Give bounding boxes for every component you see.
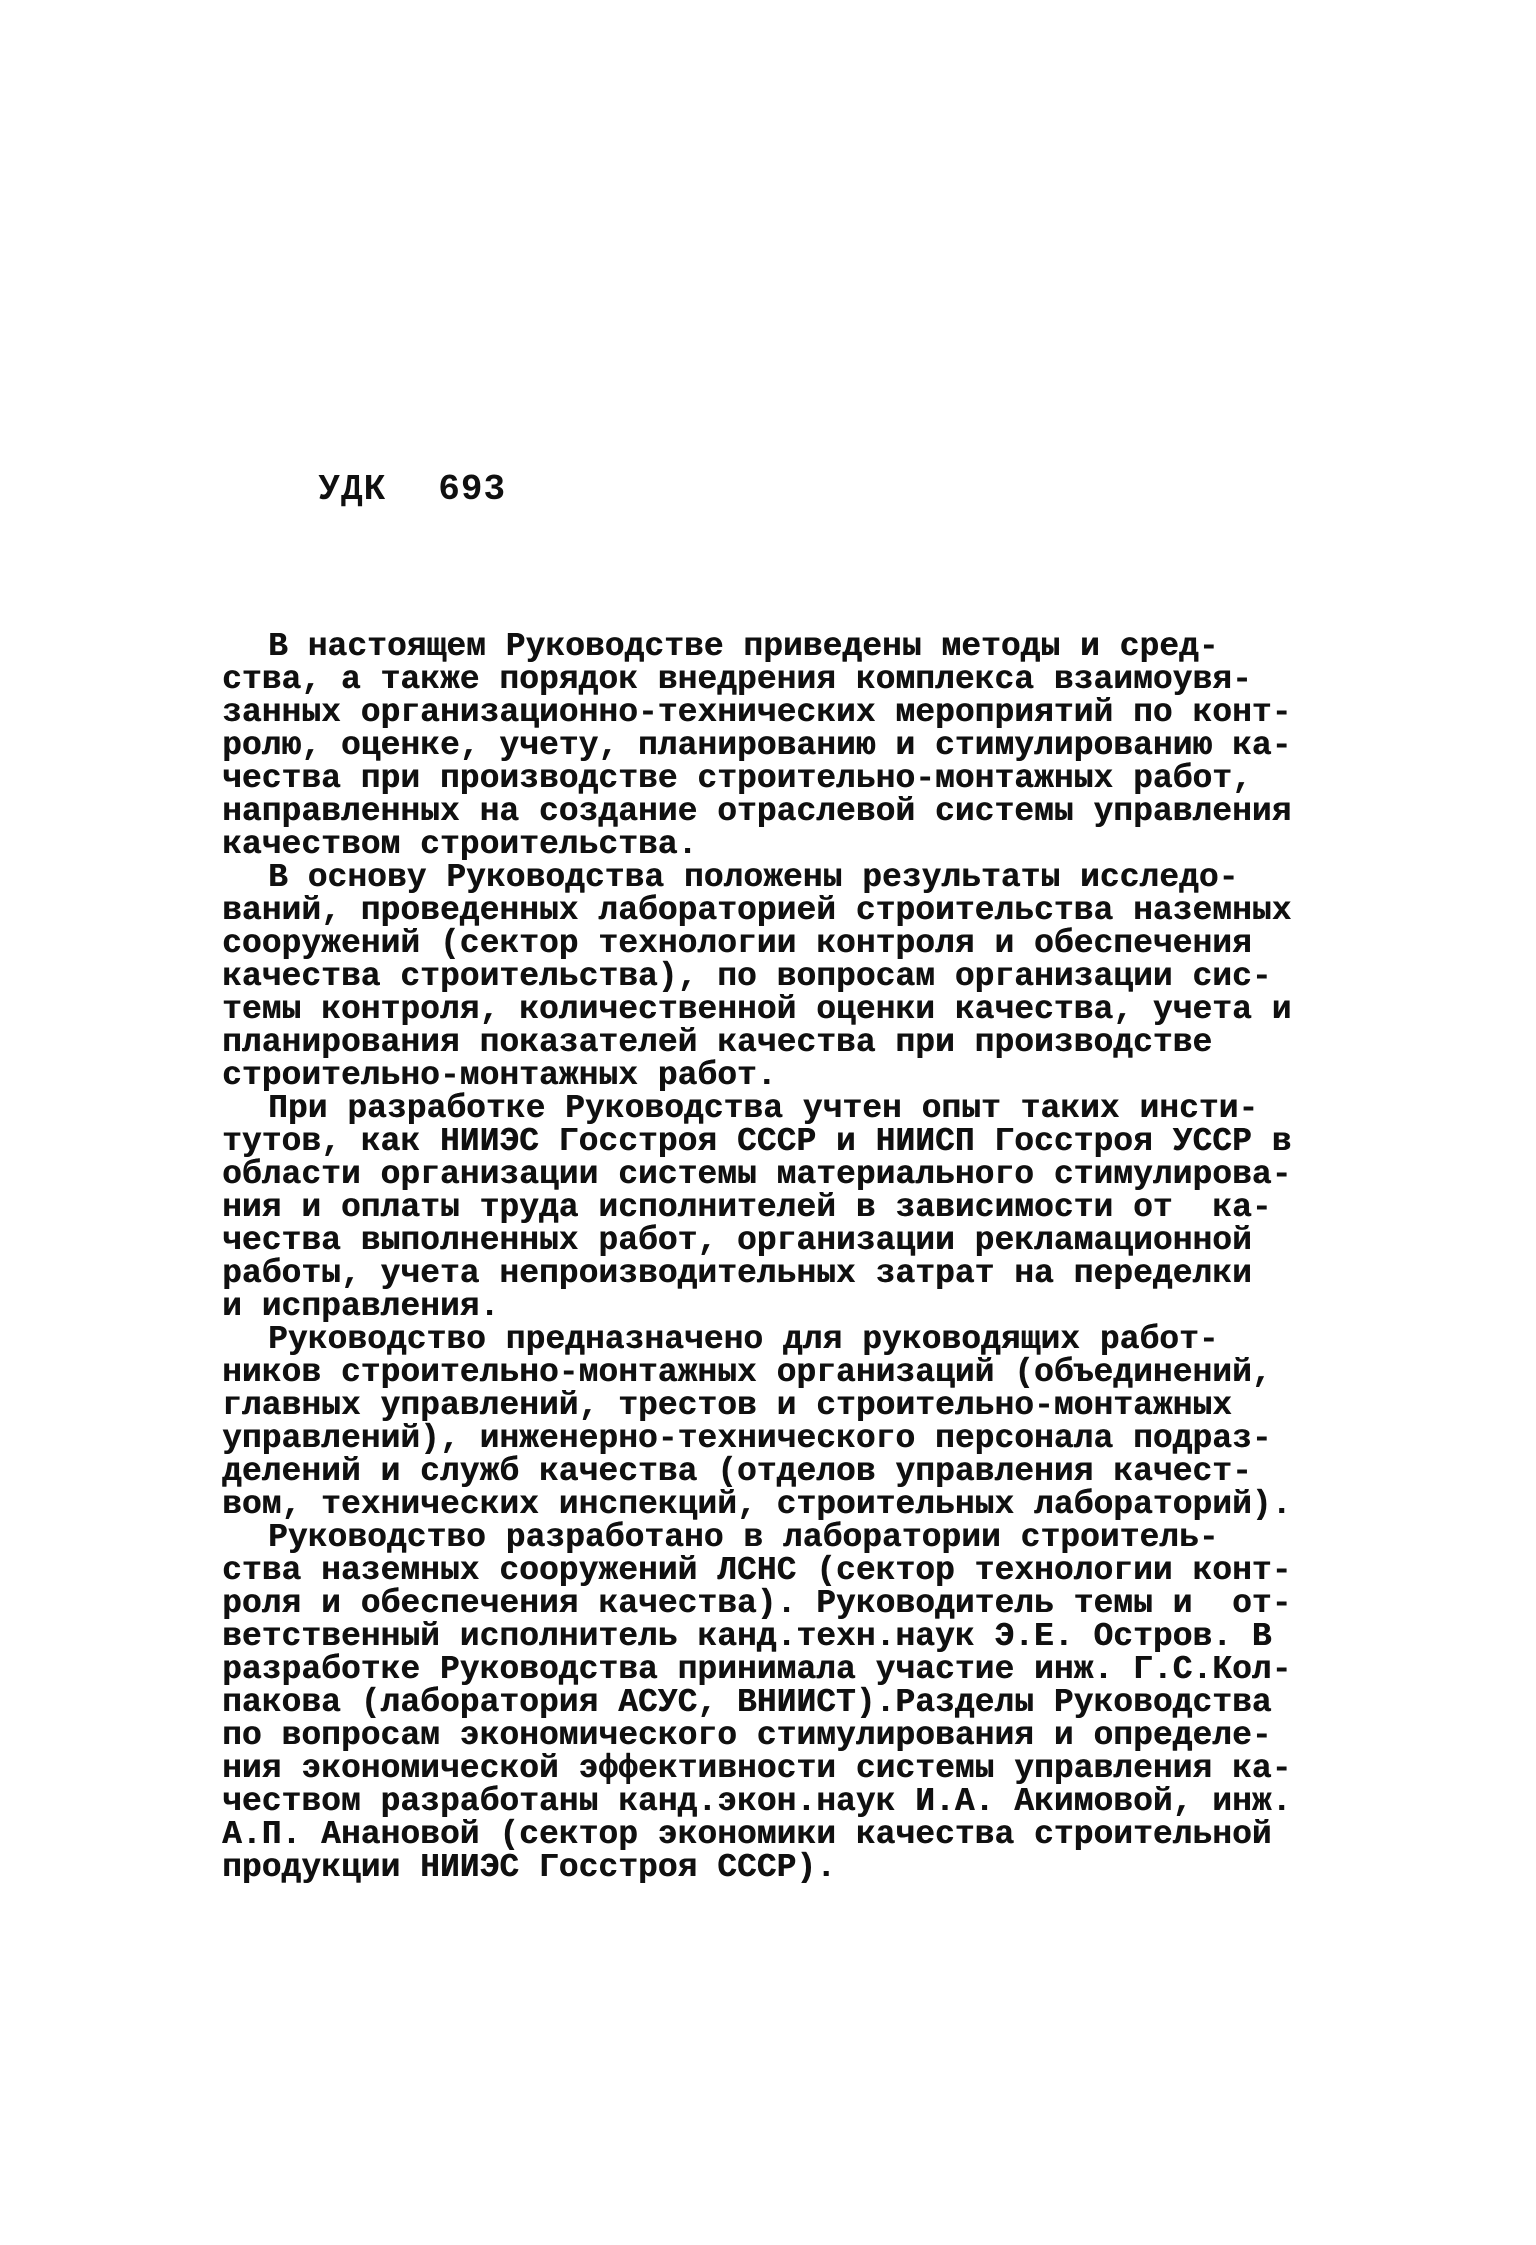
text-line: темы контроля, количественной оценки кач…	[222, 993, 1307, 1026]
text-line: главных управлений, трестов и строительн…	[222, 1389, 1307, 1422]
paragraph: При разработке Руководства учтен опыт та…	[222, 1092, 1307, 1323]
text-line: чества при производстве строительно-монт…	[222, 762, 1307, 795]
text-line: по вопросам экономического стимулировани…	[222, 1719, 1307, 1752]
text-line: качеством строительства.	[222, 828, 1307, 861]
text-line: разработке Руководства принимала участие…	[222, 1653, 1307, 1686]
text-line: вом, технических инспекций, строительных…	[222, 1488, 1307, 1521]
udk-number: 693	[438, 469, 506, 510]
text-line: Руководство предназначено для руководящи…	[222, 1323, 1307, 1356]
text-line: ства, а также порядок внедрения комплекс…	[222, 663, 1307, 696]
text-line: сооружений (сектор технологии контроля и…	[222, 927, 1307, 960]
text-line: области организации системы материальног…	[222, 1158, 1307, 1191]
paragraph: В настоящем Руководстве приведены методы…	[222, 630, 1307, 861]
text-line: ства наземных сооружений ЛСНС (сектор те…	[222, 1554, 1307, 1587]
text-line: качества строительства), по вопросам орг…	[222, 960, 1307, 993]
text-line: роля и обеспечения качества). Руководите…	[222, 1587, 1307, 1620]
text-line: направленных на создание отраслевой сист…	[222, 795, 1307, 828]
text-line: ников строительно-монтажных организаций …	[222, 1356, 1307, 1389]
text-line: ролю, оценке, учету, планированию и стим…	[222, 729, 1307, 762]
text-line: ветственный исполнитель канд.техн.наук Э…	[222, 1620, 1307, 1653]
body-text: В настоящем Руководстве приведены методы…	[222, 630, 1307, 1884]
paragraph: В основу Руководства положены результаты…	[222, 861, 1307, 1092]
text-line: управлений), инженерно-технического перс…	[222, 1422, 1307, 1455]
text-line: чеством разработаны канд.экон.наук И.А. …	[222, 1785, 1307, 1818]
text-line: ния и оплаты труда исполнителей в зависи…	[222, 1191, 1307, 1224]
text-line: тутов, как НИИЭС Госстроя СССР и НИИСП Г…	[222, 1125, 1307, 1158]
text-line: чества выполненных работ, организации ре…	[222, 1224, 1307, 1257]
text-line: При разработке Руководства учтен опыт та…	[222, 1092, 1307, 1125]
text-line: продукции НИИЭС Госстроя СССР).	[222, 1851, 1307, 1884]
text-line: А.П. Анановой (сектор экономики качества…	[222, 1818, 1307, 1851]
udk-label: УДК	[318, 469, 386, 510]
text-line: работы, учета непроизводительных затрат …	[222, 1257, 1307, 1290]
text-line: и исправления.	[222, 1290, 1307, 1323]
text-line: В основу Руководства положены результаты…	[222, 861, 1307, 894]
text-line: планирования показателей качества при пр…	[222, 1026, 1307, 1059]
text-line: делений и служб качества (отделов управл…	[222, 1455, 1307, 1488]
text-line: В настоящем Руководстве приведены методы…	[222, 630, 1307, 663]
text-line: ния экономической эффективности системы …	[222, 1752, 1307, 1785]
text-line: строительно-монтажных работ.	[222, 1059, 1307, 1092]
paragraph: Руководство предназначено для руководящи…	[222, 1323, 1307, 1521]
udk-line: УДК693	[228, 428, 506, 551]
document-page: УДК693 В настоящем Руководстве приведены…	[0, 0, 1536, 2245]
text-line: ваний, проведенных лабораторией строител…	[222, 894, 1307, 927]
text-line: Руководство разработано в лаборатории ст…	[222, 1521, 1307, 1554]
text-line: занных организационно-технических меропр…	[222, 696, 1307, 729]
paragraph: Руководство разработано в лаборатории ст…	[222, 1521, 1307, 1884]
text-line: пакова (лаборатория АСУС, ВНИИСТ).Раздел…	[222, 1686, 1307, 1719]
